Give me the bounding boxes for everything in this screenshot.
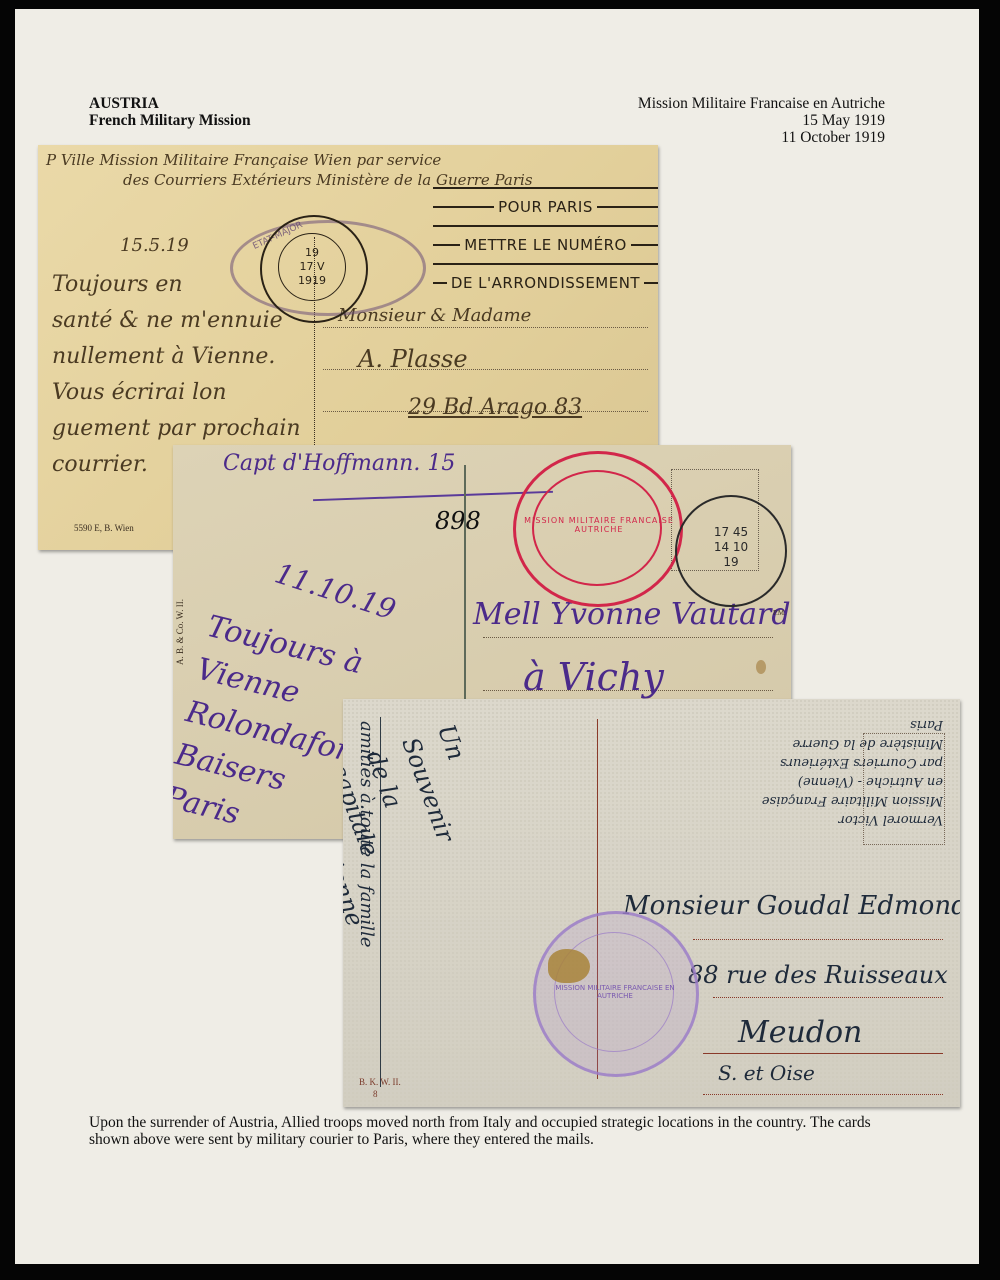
address-line <box>693 939 943 940</box>
red-mission-cachet: MISSION MILITAIRE FRANCAISE AUTRICHE <box>513 451 683 607</box>
address-line <box>323 327 648 328</box>
stain <box>756 660 766 674</box>
grenelle-postmark: 17 45 14 10 19 <box>675 495 787 607</box>
stain <box>548 949 590 983</box>
address-line <box>703 1053 943 1054</box>
date-2: 11 October 1919 <box>638 129 885 146</box>
sender: Capt d'Hoffmann. 15 <box>223 451 455 476</box>
printer-mark: A. B. & Co. W. II. <box>175 599 185 665</box>
card-date: 11.10.19 <box>271 557 400 627</box>
header-left: AUSTRIA French Military Mission <box>89 95 251 129</box>
printer-mark: 5590 E, B. Wien <box>74 523 134 533</box>
header-right: Mission Militaire Francaise en Autriche … <box>638 95 885 146</box>
address-line <box>483 637 773 638</box>
address-line <box>713 997 943 998</box>
stamp-box <box>863 733 945 845</box>
cancel-line-1: POUR PARIS <box>433 198 658 216</box>
address-line <box>703 1094 943 1095</box>
violet-mission-cachet: MISSION MILITAIRE FRANCAISE EN AUTRICHE <box>533 911 699 1077</box>
cancel-line-3: DE L'ARRONDISSEMENT <box>433 274 658 292</box>
date-1: 15 May 1919 <box>638 112 885 129</box>
sender-line-1: P Ville Mission Militaire Française Wien… <box>46 151 441 169</box>
postcard-3: amitiés à toute la famille Un Souvenir d… <box>343 699 960 1107</box>
address-street: 88 rue des Ruisseaux <box>688 961 948 989</box>
mission-title: Mission Militaire Francaise en Autriche <box>638 95 885 112</box>
address-street: 29 Bd Arago 83 <box>408 395 582 420</box>
addressee-name: Monsieur Goudal Edmond <box>623 891 960 921</box>
postmark: 19 17 V 1919 <box>260 215 368 323</box>
printer-number: 8 <box>373 1089 378 1099</box>
address-city: à Vichy <box>523 655 664 699</box>
caption: Upon the surrender of Austria, Allied tr… <box>89 1114 909 1148</box>
address-city: Meudon <box>738 1015 862 1050</box>
address-department: S. et Oise <box>718 1061 815 1085</box>
album-page: AUSTRIA French Military Mission Mission … <box>15 9 979 1264</box>
pm-label: P.M. <box>773 609 786 617</box>
cancel-line-2: METTRE LE NUMÉRO <box>433 236 658 254</box>
machine-cancel: POUR PARIS METTRE LE NUMÉRO DE L'ARRONDI… <box>433 185 658 301</box>
section-subtitle: French Military Mission <box>89 112 251 129</box>
printer-mark: B. K. W. II. <box>359 1077 401 1087</box>
country-title: AUSTRIA <box>89 95 251 112</box>
registry-number: 898 <box>435 507 481 535</box>
card-date: 15.5.19 <box>120 235 189 256</box>
addressee-name: A. Plasse <box>358 345 468 373</box>
